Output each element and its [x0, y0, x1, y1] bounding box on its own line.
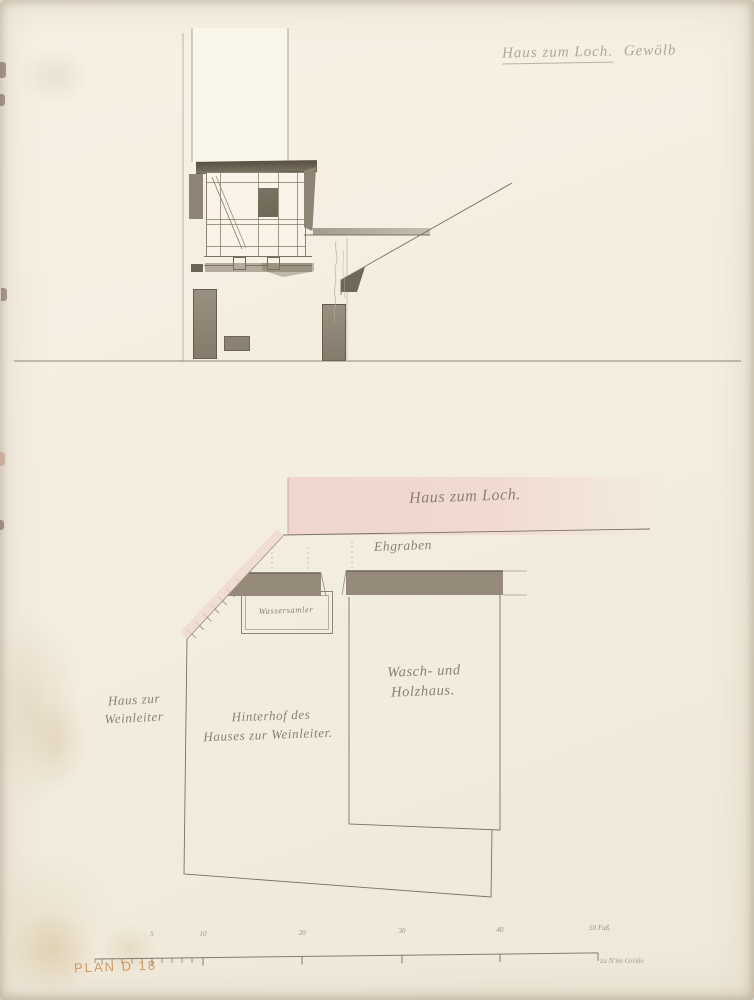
timber-stud: [278, 173, 279, 258]
scale-tick-label: 50 Fuß.: [589, 924, 611, 932]
wall-ledge-shadow: [313, 228, 430, 235]
scanned-plan-sheet: Haus zum Loch. Ehgraben Wassersamler Was…: [0, 0, 754, 1000]
scale-tick-label: 40: [497, 926, 504, 934]
elevation-vent-opening: [191, 264, 203, 272]
scale-note: zu N'im Größe: [600, 956, 644, 965]
scale-tick-label: 10: [200, 930, 207, 938]
label-weinleiter-1: Haus zur: [108, 691, 161, 710]
elevation-window-small: [224, 336, 250, 351]
edge-damage: [0, 520, 4, 530]
pencil-title: Haus zum Loch. Gewölb: [502, 42, 677, 62]
label-waschhaus-2: Holzhaus.: [391, 682, 455, 701]
neighbor-house-wash: [288, 477, 663, 535]
timber-rail: [207, 219, 305, 220]
scale-tick-label: 30: [399, 927, 406, 935]
pencil-title-rest: Gewölb: [624, 42, 677, 59]
label-weinleiter-2: Weinleiter: [104, 708, 164, 727]
label-hinterhof-1: Hinterhof des: [231, 707, 310, 726]
archive-number: PLAN D 18: [74, 958, 158, 976]
label-waschhaus-1: Wasch- und: [387, 662, 461, 682]
timber-rail: [207, 224, 305, 225]
edge-damage: [0, 452, 5, 466]
elevation-tower-wall: [192, 28, 288, 165]
timber-stud: [297, 173, 298, 258]
scale-tick-label: 20: [299, 929, 306, 937]
oriel-body: [206, 172, 306, 259]
label-ehgraben: Ehgraben: [374, 537, 433, 555]
scale-tick-label: 5: [150, 930, 154, 938]
edge-damage: [0, 62, 6, 78]
oriel-window: [258, 188, 278, 217]
pencil-title-underlined: Haus zum Loch.: [502, 44, 613, 65]
elevation-door-left: [193, 289, 217, 359]
timber-rail: [207, 246, 305, 247]
timber-stud: [220, 173, 221, 258]
label-wassersamler: Wassersamler: [259, 604, 314, 616]
edge-damage: [1, 288, 7, 301]
edge-damage: [0, 94, 5, 106]
elevation-shadow-patch: [189, 174, 203, 219]
timber-rail: [207, 182, 305, 183]
elevation-door-middle: [322, 304, 346, 361]
